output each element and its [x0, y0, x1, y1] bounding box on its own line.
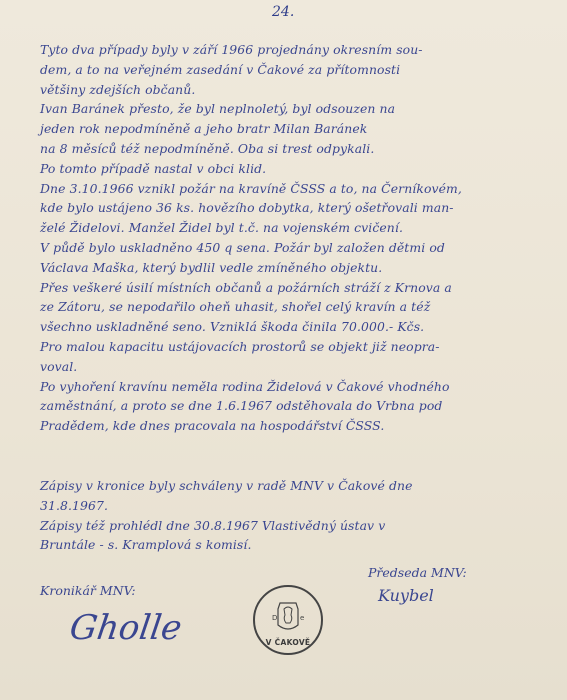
chronicler-signature-block: Kronikář MNV: Gholle: [40, 583, 181, 648]
text-line: Zápisy též prohlédl dne 30.8.1967 Vlasti…: [40, 516, 540, 536]
text-line: Tyto dva případy byly v září 1966 projed…: [40, 40, 540, 60]
chronicle-body: Tyto dva případy byly v září 1966 projed…: [40, 40, 540, 436]
text-line: Ivan Baránek přesto, že byl neplnoletý, …: [40, 99, 540, 119]
text-line: Dne 3.10.1966 vznikl požár na kravíně ČS…: [40, 179, 540, 199]
paragraph-trial: Tyto dva případy byly v září 1966 projed…: [40, 40, 540, 99]
text-line: Přes veškeré úsilí místních občanů a pož…: [40, 278, 540, 298]
chairman-signature: Kuybel: [378, 586, 467, 605]
paragraph-damage: Přes veškeré úsilí místních občanů a pož…: [40, 278, 540, 377]
text-line: Po tomto případě nastal v obci klid.: [40, 159, 540, 179]
page-number: 24.: [272, 4, 294, 20]
text-line: zaměstnání, a proto se dne 1.6.1967 odst…: [40, 396, 540, 416]
text-line: Po vyhoření kravínu neměla rodina Židelo…: [40, 377, 540, 397]
text-line: voval.: [40, 357, 540, 377]
chairman-label: Předseda MNV:: [368, 565, 467, 580]
paragraph-sentence: Ivan Baránek přesto, že byl neplnoletý, …: [40, 99, 540, 158]
text-line: všechno uskladněné seno. Vzniklá škoda č…: [40, 317, 540, 337]
text-line: jeden rok nepodmíněně a jeho bratr Milan…: [40, 119, 540, 139]
paragraph-fire: Dne 3.10.1966 vznikl požár na kravíně ČS…: [40, 179, 540, 278]
chronicler-signature: Gholle: [67, 608, 184, 648]
text-line: Václava Maška, který bydlil vedle zmíněn…: [40, 258, 540, 278]
paragraph-relocation: Po vyhoření kravínu neměla rodina Židelo…: [40, 377, 540, 436]
stamp-town: V ČAKOVĚ: [255, 638, 321, 647]
chronicler-label: Kronikář MNV:: [40, 583, 136, 598]
text-line: kde bylo ustájeno 36 ks. hovězího dobytk…: [40, 198, 540, 218]
text-line: Pro malou kapacitu ustájovacích prostorů…: [40, 337, 540, 357]
text-line: V půdě bylo uskladněno 450 q sena. Požár…: [40, 238, 540, 258]
text-line: Zápisy v kronice byly schváleny v radě M…: [40, 476, 540, 496]
text-line: želé Židelovi. Manžel Židel byl t.č. na …: [40, 218, 540, 238]
svg-text:D: D: [272, 614, 277, 622]
paragraph-peace: Po tomto případě nastal v obci klid.: [40, 159, 540, 179]
text-line: 31.8.1967.: [40, 496, 540, 516]
chronicle-page: 24. Tyto dva případy byly v září 1966 pr…: [0, 0, 567, 700]
text-line: Pradědem, kde dnes pracovala na hospodář…: [40, 416, 540, 436]
text-line: dem, a to na veřejném zasedání v Čakové …: [40, 60, 540, 80]
text-line: na 8 měsíců též nepodmíněně. Oba si tres…: [40, 139, 540, 159]
text-line: většiny zdejších občanů.: [40, 80, 540, 100]
official-stamp: D e V ČAKOVĚ: [253, 585, 323, 655]
svg-text:e: e: [300, 614, 304, 622]
chairman-signature-block: Předseda MNV: Kuybel: [368, 565, 467, 605]
approval-note: Zápisy v kronice byly schváleny v radě M…: [40, 476, 540, 555]
text-line: Bruntále - s. Kramplová s komisí.: [40, 535, 540, 555]
text-line: ze Zátoru, se nepodařilo oheň uhasit, sh…: [40, 297, 540, 317]
